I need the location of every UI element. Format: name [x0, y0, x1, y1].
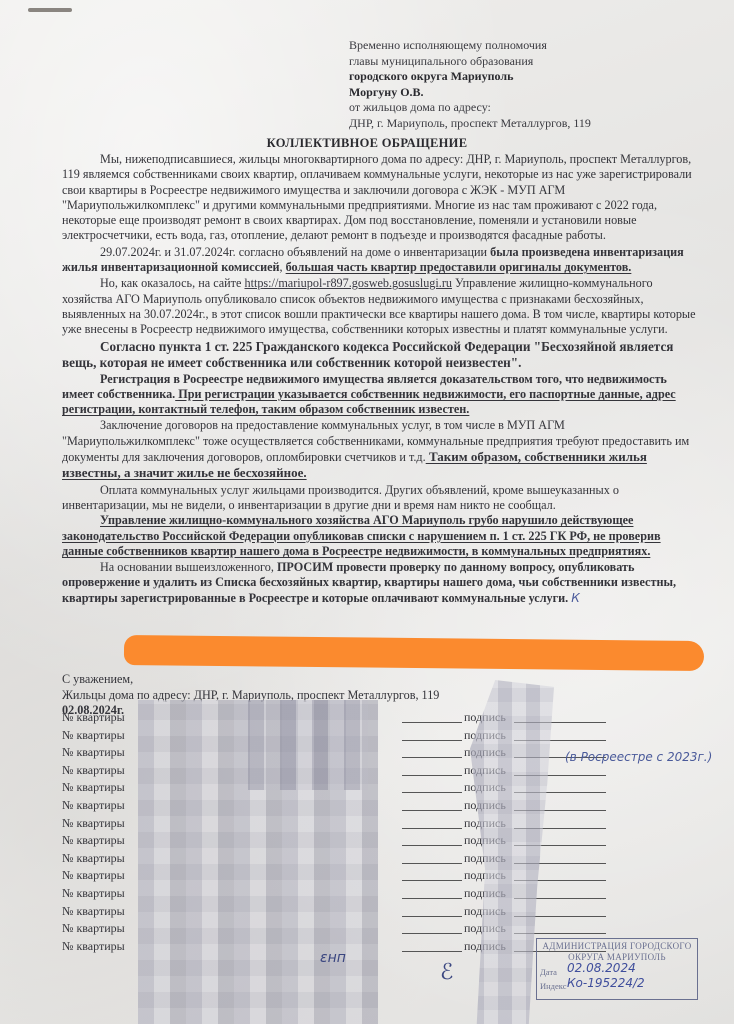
- closing-regards: С уважением,: [62, 672, 439, 688]
- paragraph-contracts: Заключение договоров на предоставление к…: [62, 418, 702, 481]
- apartment-blank-line: [402, 933, 462, 934]
- handwritten-note: (в Росреестре с 2023г.): [565, 750, 712, 764]
- apartment-number-label: № квартиры: [62, 904, 125, 919]
- apartment-blank-line: [402, 757, 462, 758]
- paragraph-payment: Оплата коммунальных услуг жильцами произ…: [62, 483, 702, 514]
- apartment-number-label: № квартиры: [62, 745, 125, 760]
- apartment-number-label: № квартиры: [62, 868, 125, 883]
- apartment-number-label: № квартиры: [62, 728, 125, 743]
- addressee-line: городского округа Мариуполь: [349, 69, 591, 85]
- addressee-line: Временно исполняющему полномочия: [349, 38, 591, 54]
- sender-address: ДНР, г. Мариуполь, проспект Металлургов,…: [349, 116, 591, 132]
- apartment-number-label: № квартиры: [62, 921, 125, 936]
- paragraph-request: На основании вышеизложенного, ПРОСИМ про…: [62, 560, 702, 606]
- apartment-blank-line: [402, 951, 462, 952]
- document-body: Мы, нижеподписавшиеся, жильцы многокварт…: [62, 152, 702, 606]
- staple-mark: [28, 8, 72, 12]
- paragraph-registration: Регистрация в Росреестре недвижимого иму…: [62, 372, 702, 418]
- apartment-number-label: № квартиры: [62, 851, 125, 866]
- handwritten-signature: ℰ: [440, 960, 453, 985]
- handwritten-scribble: ɛнп: [320, 950, 346, 966]
- apartment-blank-line: [402, 898, 462, 899]
- apartment-blank-line: [402, 880, 462, 881]
- apartment-blank-line: [402, 740, 462, 741]
- paragraph-intro: Мы, нижеподписавшиеся, жильцы многокварт…: [62, 152, 702, 244]
- apartment-number-label: № квартиры: [62, 780, 125, 795]
- stamp-index-value: Ко-195224/2: [567, 978, 645, 989]
- apartment-number-label: № квартиры: [62, 763, 125, 778]
- apartment-number-label: № квартиры: [62, 886, 125, 901]
- apartment-blank-line: [402, 792, 462, 793]
- apartment-number-label: № квартиры: [62, 798, 125, 813]
- document-title: КОЛЛЕКТИВНОЕ ОБРАЩЕНИЕ: [0, 136, 734, 151]
- apartment-blank-line: [402, 916, 462, 917]
- apartment-blank-line: [402, 810, 462, 811]
- paragraph-website: Но, как оказалось, на сайте https://mari…: [62, 276, 702, 337]
- apartment-blank-line: [402, 863, 462, 864]
- stamp-header: АДМИНИСТРАЦИЯ ГОРОДСКОГО: [537, 941, 697, 952]
- apartment-number-label: № квартиры: [62, 939, 125, 954]
- addressee-line: главы муниципального образования: [349, 54, 591, 70]
- paragraph-inventory: 29.07.2024г. и 31.07.2024г. согласно объ…: [62, 245, 702, 276]
- apartment-blank-line: [402, 722, 462, 723]
- apartment-blank-line: [402, 775, 462, 776]
- stamp-date-label: Дата: [540, 967, 557, 978]
- apartment-blank-line: [402, 828, 462, 829]
- addressee-name: Моргуну О.В.: [349, 85, 591, 101]
- apartment-number-label: № квартиры: [62, 710, 125, 725]
- apartment-number-label: № квартиры: [62, 833, 125, 848]
- sender-line: от жильцов дома по адресу:: [349, 100, 591, 116]
- stamp-index-label: Индекс: [540, 981, 566, 992]
- registration-stamp: АДМИНИСТРАЦИЯ ГОРОДСКОГО ОКРУГА МАРИУПОЛ…: [536, 938, 698, 1000]
- pixelated-redaction: [248, 700, 368, 790]
- paragraph-violation: Управление жилищно-коммунального хозяйст…: [62, 513, 702, 559]
- addressee-block: Временно исполняющему полномочия главы м…: [349, 38, 591, 131]
- stamp-date-value: 02.08.2024: [567, 963, 636, 974]
- handwritten-text: К: [571, 591, 580, 605]
- apartment-blank-line: [402, 845, 462, 846]
- apartment-number-label: № квартиры: [62, 816, 125, 831]
- orange-redaction-mark: [124, 635, 704, 671]
- website-link[interactable]: https://mariupol-r897.gosweb.gosuslugi.r…: [244, 276, 452, 290]
- paragraph-civil-code: Согласно пункта 1 ст. 225 Гражданского к…: [62, 339, 702, 371]
